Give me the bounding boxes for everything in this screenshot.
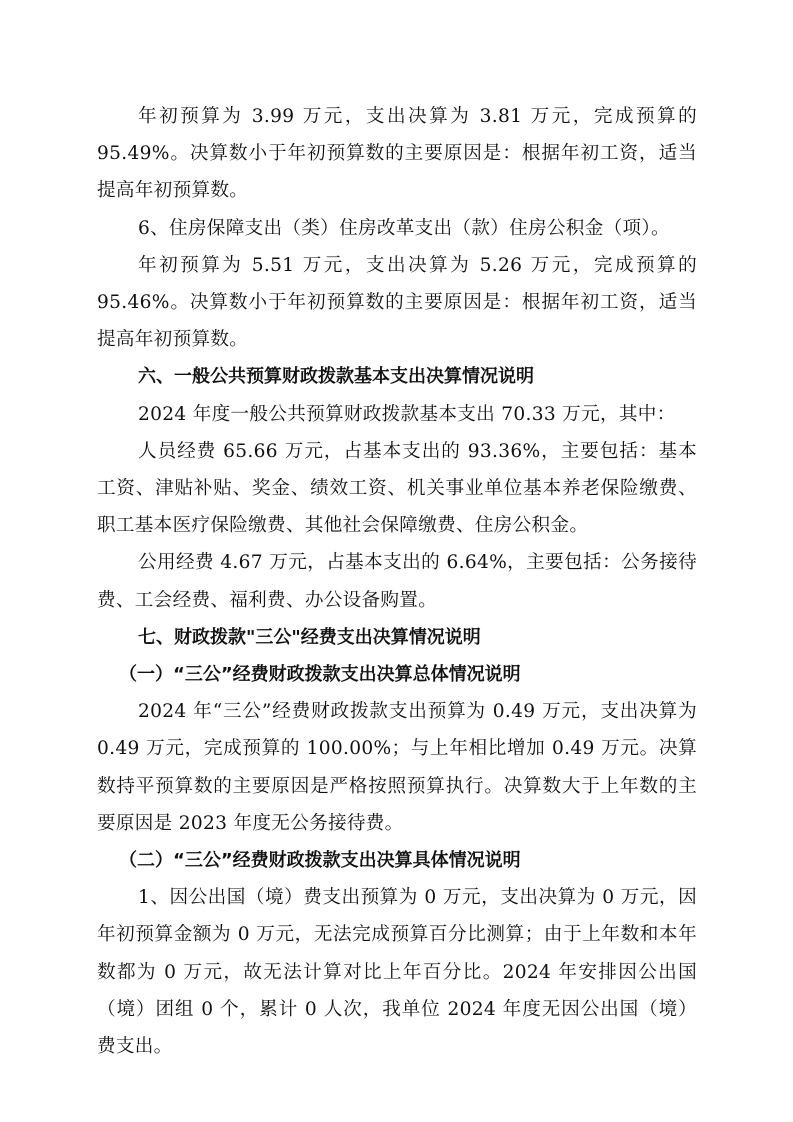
section-7-sub2-heading: （二）“三公”经费财政拨款支出决算具体情况说明: [97, 842, 697, 879]
document-page: 年初预算为 3.99 万元，支出决算为 3.81 万元，完成预算的 95.49%…: [97, 98, 697, 1065]
public-expense-paragraph: 公用经费 4.67 万元，占基本支出的 6.64%，主要包括：公务接待费、工会经…: [97, 544, 697, 618]
section-7-sub1-body: 2024 年“三公”经费财政拨款支出预算为 0.49 万元，支出决算为 0.49…: [97, 693, 697, 842]
basic-expense-total: 2024 年度一般公共预算财政拨款基本支出 70.33 万元，其中：: [97, 396, 697, 433]
section-7-heading: 七、财政拨款"三公"经费支出决算情况说明: [97, 619, 697, 656]
item-6-title: 6、住房保障支出（类）住房改革支出（款）住房公积金（项）。: [97, 210, 697, 247]
section-7-sub1-heading: （一）“三公”经费财政拨款支出决算总体情况说明: [97, 656, 697, 693]
section-6-heading: 六、一般公共预算财政拨款基本支出决算情况说明: [97, 358, 697, 395]
budget-paragraph-line: 年初预算为 3.99 万元，支出决算为 3.81 万元，完成预算的: [97, 98, 697, 135]
personnel-expense-paragraph: 人员经费 65.66 万元，占基本支出的 93.36%，主要包括：基本工资、津贴…: [97, 433, 697, 545]
budget-paragraph-body: 95.49%。决算数小于年初预算数的主要原因是：根据年初工资，适当提高年初预算数…: [97, 135, 697, 209]
budget-paragraph-line: 年初预算为 5.51 万元，支出决算为 5.26 万元，完成预算的: [97, 247, 697, 284]
section-7-sub2-item1: 1、因公出国（境）费支出预算为 0 万元，支出决算为 0 万元，因年初预算金额为…: [97, 879, 697, 1065]
budget-paragraph-body: 95.46%。决算数小于年初预算数的主要原因是：根据年初工资，适当提高年初预算数…: [97, 284, 697, 358]
